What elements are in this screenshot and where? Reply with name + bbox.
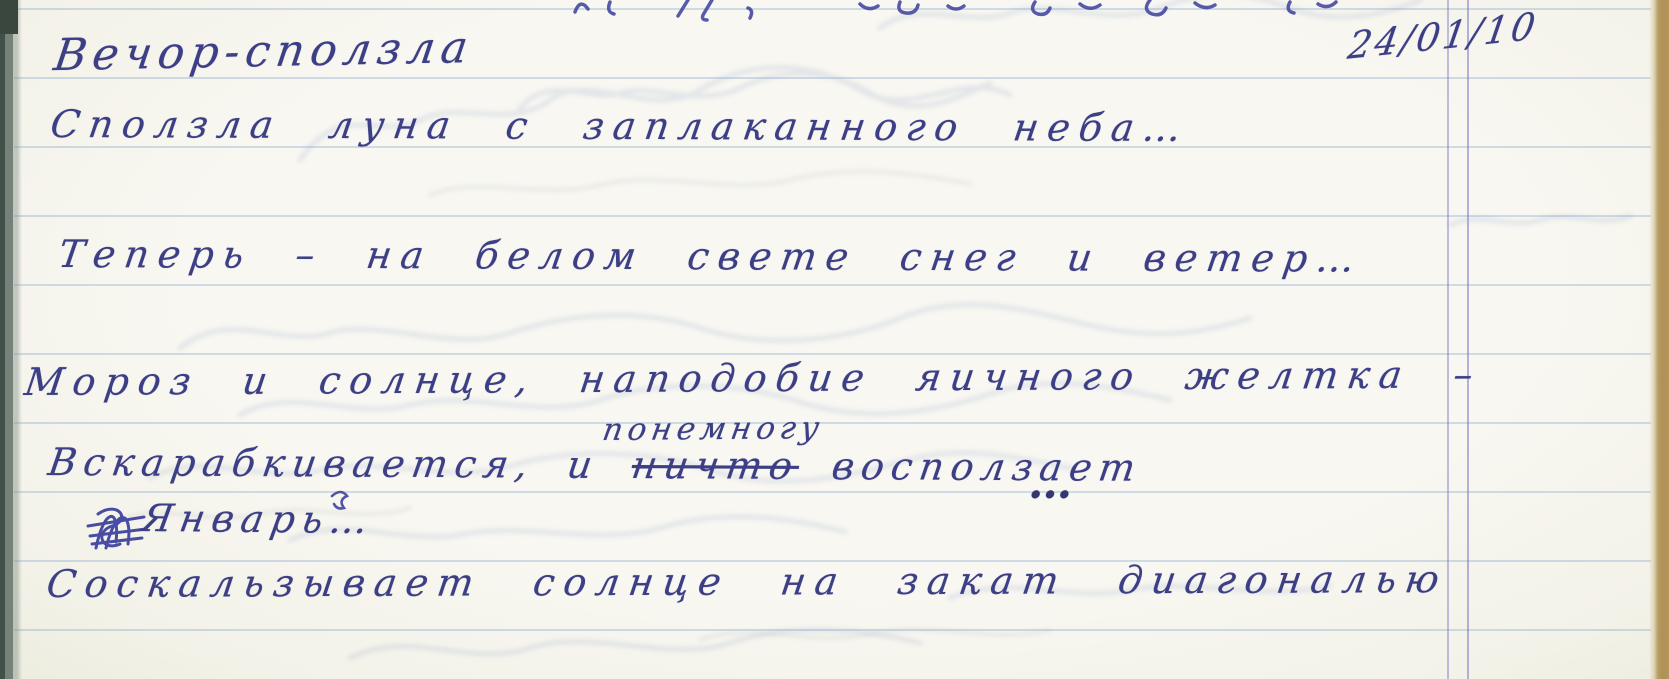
ruled-line	[14, 77, 1651, 79]
poem-line-3: Мороз и солнце, наподобие яичного желтка…	[22, 352, 1485, 404]
ruled-line	[14, 422, 1651, 424]
poem-line-1: Сползла луна с заплаканного неба…	[48, 102, 1194, 150]
poem-line-2: Теперь – на белом свете снег и ветер…	[56, 232, 1367, 281]
poem-line-5: Январь…	[139, 496, 379, 542]
heavy-ellipsis: …	[1028, 458, 1079, 509]
ruled-line	[14, 284, 1651, 286]
notebook-page: Вечор-сползла 24/01/10 Сползла луна с за…	[0, 0, 1669, 679]
ruled-line	[14, 215, 1651, 217]
poem-line-6: Соскальзывает солнце на закат диагональю	[44, 557, 1451, 606]
strikethrough-word: ничто	[629, 443, 802, 488]
poem-line-4: Вскарабкивается, и ничто восползает	[46, 440, 1146, 490]
ruled-line	[14, 491, 1651, 493]
poem-line-4-text: восползает	[796, 444, 1145, 490]
crossed-out-scribble	[88, 509, 146, 548]
margin-line	[1467, 0, 1469, 679]
cut-off-top-line-ink	[575, 0, 1336, 20]
ruled-line	[14, 8, 1651, 10]
scan-edge-right	[1649, 0, 1669, 679]
entry-title: Вечор-сползла	[51, 22, 477, 81]
scan-edge-left	[0, 0, 22, 679]
entry-date: 24/01/10	[1345, 4, 1541, 68]
ruled-line	[14, 629, 1651, 631]
poem-line-4-text: Вскарабкивается, и	[46, 440, 636, 487]
